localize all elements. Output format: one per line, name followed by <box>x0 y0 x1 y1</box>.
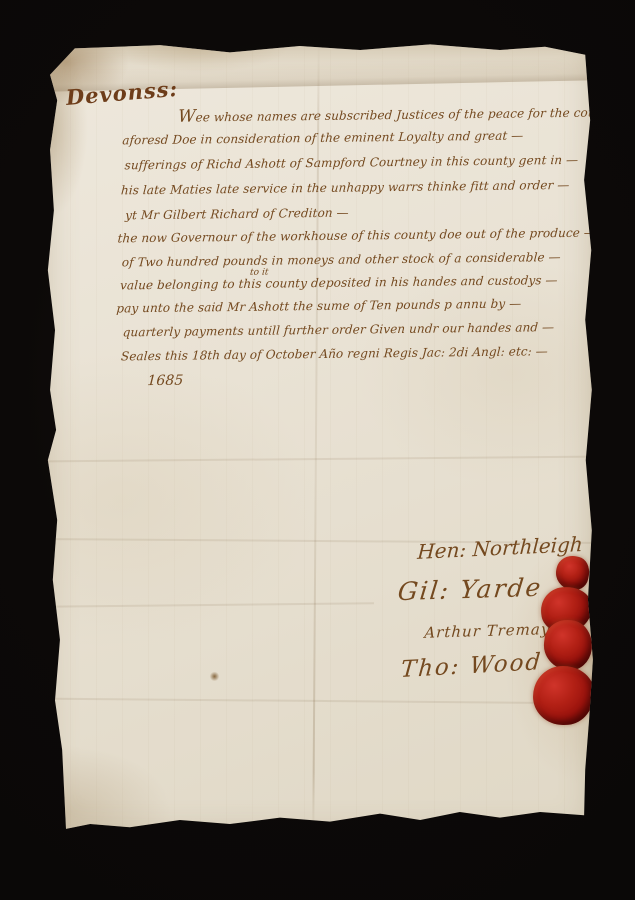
body-line-1: Wee whose names are subscribed Justices … <box>177 101 631 127</box>
signature-hen-northleigh: Hen: Northleigh <box>417 532 584 564</box>
photo-black-background: Devonss: Wee whose names are subscribed … <box>0 0 635 900</box>
manuscript-paper: Devonss: Wee whose names are subscribed … <box>44 38 594 836</box>
body-line-5: yt Mr Gilbert Richard of Crediton — <box>125 206 349 223</box>
signature-gil-yarde: Gil: Yarde <box>396 573 544 606</box>
handwritten-content: Devonss: Wee whose names are subscribed … <box>39 35 599 840</box>
signature-tho-wood: Tho: Wood <box>400 649 544 683</box>
body-line-11: Seales this 18th day of October Año regn… <box>121 344 549 363</box>
signature-arthur-tremayn: Arthur Tremayn <box>424 620 562 642</box>
date-year-line: 1685 <box>147 373 184 389</box>
interlinear-insertion: to it <box>250 268 269 278</box>
county-heading: Devonss: <box>65 76 179 110</box>
body-line-3: sufferings of Richd Ashott of Sampford C… <box>124 153 578 173</box>
body-line-7: of Two hundred pounds in moneys and othe… <box>121 250 561 269</box>
body-line-9: pay unto the said Mr Ashott the sume of … <box>116 297 522 316</box>
body-line-10: quarterly payments untill further order … <box>122 320 554 339</box>
body-line-4: his late Maties late service in the unha… <box>121 178 570 197</box>
body-line-8: value belonging to this county deposited… <box>120 273 558 292</box>
body-line-2: aforesd Doe in consideration of the emin… <box>122 128 524 147</box>
body-line-6: the now Governour of the workhouse of th… <box>117 226 596 246</box>
